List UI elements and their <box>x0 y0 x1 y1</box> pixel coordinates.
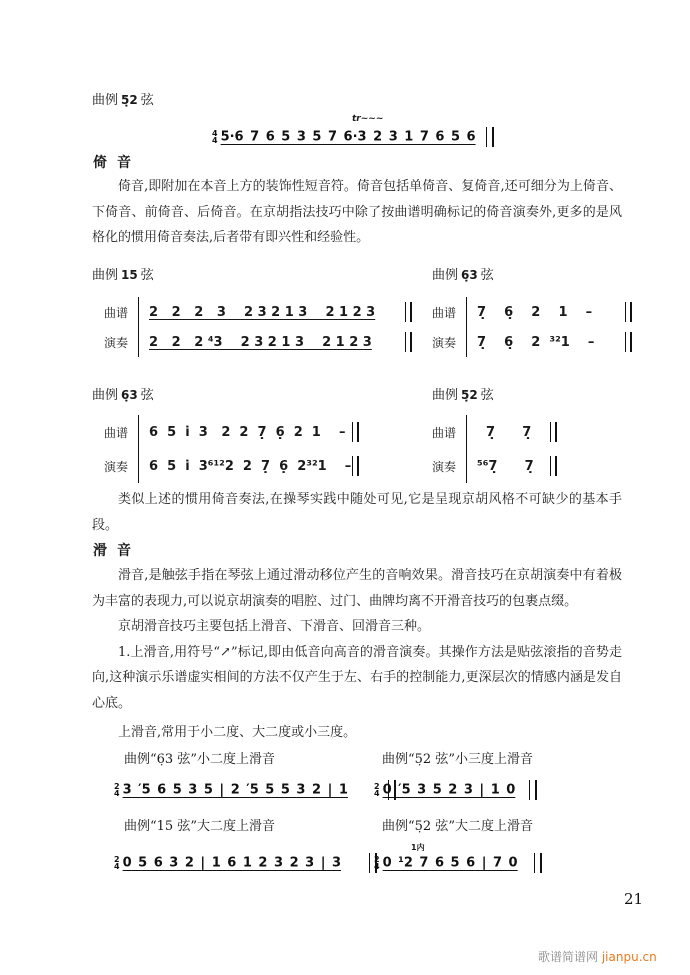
caption-prefix: 曲例 <box>432 388 458 403</box>
brace <box>466 415 467 449</box>
string-label: 15 <box>121 268 138 282</box>
row-notes: 2 2 2 3 2 3 2 1 3 2 1 2 3 <box>149 305 405 320</box>
trill-label: tr <box>352 114 361 124</box>
final-barline <box>550 422 557 442</box>
section-heading-glide: 滑音 <box>93 540 141 560</box>
appoggiatura-paragraph: 倚音,即附加在本音上方的装饰性短音符。倚音包括单倚音、复倚音,还可细分为上倚音、… <box>92 174 622 251</box>
trill-mark: tr~~~ <box>352 114 383 124</box>
row-notes: 7̣ 7̣ <box>477 425 550 440</box>
appoggiatura-summary: 类似上述的惯用倚音奏法,在操琴实践中随处可见,它是呈现京胡风格不可缺少的基本手段… <box>92 487 622 538</box>
page-number: 21 <box>624 890 643 908</box>
brace <box>138 449 139 483</box>
example-6-score: 243 ′5 6 5 3 5 | 2 ′5 5 5 3 2 | 1 <box>114 780 396 800</box>
example-1-score: 445·6 7 6 5 3 5 7 6·3 2 3 1 7 6 5 6 <box>212 127 494 147</box>
example-7-caption: 曲例“5̣2 弦”小三度上滑音 <box>382 748 533 767</box>
time-signature: 24 <box>114 783 120 797</box>
score-notes: 0 ¹2 7 6 5 6 | 7 0 <box>383 856 518 871</box>
paragraph-text: 滑音,是触弦手指在琴弦上通过滑动移位产生的音响效果。滑音技巧在京胡演奏中有着极为… <box>92 563 622 614</box>
example-4-staff: 曲谱 6 5 i̇ 3 2 2 7̣ 6̣ 2 1 – 演奏 6 5 i̇ 3⁶… <box>104 415 359 483</box>
example-9-caption: 曲例“5̣2 弦”大二度上滑音 <box>382 815 533 834</box>
string-label: 5̣2 <box>461 388 478 402</box>
final-barline <box>625 332 632 352</box>
example-9-score: 240 ¹2 7 6 5 6 | 7 0 <box>374 853 542 873</box>
caption-suffix: 弦 <box>141 388 154 403</box>
staff-row-score: 曲谱 6 5 i̇ 3 2 2 7̣ 6̣ 2 1 – <box>104 415 359 449</box>
row-label: 演奏 <box>104 334 138 351</box>
final-barline <box>534 853 542 873</box>
string-label: 6̣3 <box>121 388 138 402</box>
row-notes: 7̣ 6̣ 2 1 – <box>477 305 625 320</box>
watermark-cn: 歌谱简谱网 <box>538 950 598 964</box>
final-barline <box>486 127 494 147</box>
staff-row-score: 曲谱 2 2 2 3 2 3 2 1 3 2 1 2 3 <box>104 297 412 327</box>
example-3-staff: 曲谱 7̣ 6̣ 2 1 – 演奏 7̣ 6̣ 2 ³²1 – <box>432 297 632 357</box>
score-notes: 0 ′5 3 5 2 3 | 1 0 <box>383 783 516 798</box>
staff-row-performance: 演奏 ⁵⁶7̣ 7̣ <box>432 449 557 483</box>
time-sig-bottom: 4 <box>114 789 120 798</box>
final-barline <box>352 422 359 442</box>
score-notes: 3 ′5 6 5 3 5 | 2 ′5 5 5 3 2 | 1 <box>123 783 348 798</box>
paragraph-text: 倚音,即附加在本音上方的装饰性短音符。倚音包括单倚音、复倚音,还可细分为上倚音、… <box>92 174 622 251</box>
final-barline <box>352 456 359 476</box>
caption-prefix: 曲例 <box>432 268 458 283</box>
row-label: 曲谱 <box>432 304 466 321</box>
time-signature: 24 <box>374 783 380 797</box>
time-sig-bottom: 4 <box>114 862 120 871</box>
row-notes: 7̣ 6̣ 2 ³²1 – <box>477 335 625 350</box>
brace <box>466 449 467 483</box>
string-label: 5̣2 <box>121 93 138 107</box>
caption-prefix: 曲例 <box>92 93 118 108</box>
score-notes: 5·6 7 6 5 3 5 7 6·3 2 3 1 7 6 5 6 <box>221 130 476 145</box>
final-barline <box>550 456 557 476</box>
score-notes: 0 5 6 3 2 | 1 6 1 2 3 2 3 | 3 <box>123 856 341 871</box>
glide-paragraphs: 滑音,是触弦手指在琴弦上通过滑动移位产生的音响效果。滑音技巧在京胡演奏中有着极为… <box>92 563 622 746</box>
example-2-staff: 曲谱 2 2 2 3 2 3 2 1 3 2 1 2 3 演奏 2 2 2 ⁴3… <box>104 297 412 357</box>
caption-suffix: 弦 <box>481 388 494 403</box>
row-label: 曲谱 <box>104 424 138 441</box>
time-signature: 24 <box>374 856 380 870</box>
row-notes: 2 2 2 ⁴3 2 3 2 1 3 2 1 2 3 <box>149 335 405 350</box>
caption-suffix: 弦 <box>141 93 154 108</box>
paragraph-text: 1.上滑音,用符号“↗”标记,即由低音向高音的滑音演奏。其操作方法是贴弦滚指的音… <box>92 640 622 717</box>
paragraph-text: 京胡滑音技巧主要包括上滑音、下滑音、回滑音三种。 <box>92 614 622 640</box>
example-8-caption: 曲例“15 弦”大二度上滑音 <box>124 815 275 834</box>
final-barline <box>625 302 632 322</box>
watermark: 歌谱简谱网 jianpu.cn <box>538 948 657 965</box>
example-4-caption: 曲例6̣3弦 <box>92 384 154 403</box>
paragraph-text: 类似上述的惯用倚音奏法,在操琴实践中随处可见,它是呈现京胡风格不可缺少的基本手段… <box>92 487 622 538</box>
row-label: 演奏 <box>432 458 466 475</box>
row-label: 演奏 <box>104 458 138 475</box>
section-heading-appoggiatura: 倚音 <box>93 152 141 172</box>
final-barline <box>405 302 412 322</box>
example-5-staff: 曲谱 7̣ 7̣ 演奏 ⁵⁶7̣ 7̣ <box>432 415 557 483</box>
example-7-score: 240 ′5 3 5 2 3 | 1 0 <box>374 780 537 800</box>
brace <box>138 297 139 327</box>
time-signature: 44 <box>212 130 218 144</box>
staff-row-score: 曲谱 7̣ 7̣ <box>432 415 557 449</box>
time-sig-bottom: 4 <box>374 789 380 798</box>
time-sig-bottom: 4 <box>212 136 218 145</box>
staff-row-performance: 演奏 7̣ 6̣ 2 ³²1 – <box>432 327 632 357</box>
example-6-caption: 曲例“6̣3 弦”小二度上滑音 <box>124 748 275 767</box>
brace <box>138 415 139 449</box>
time-signature: 24 <box>114 856 120 870</box>
time-sig-bottom: 4 <box>374 862 380 871</box>
example-1-caption: 曲例5̣2弦 <box>92 89 154 108</box>
row-label: 演奏 <box>432 334 466 351</box>
brace <box>466 297 467 327</box>
staff-row-performance: 演奏 2 2 2 ⁴3 2 3 2 1 3 2 1 2 3 <box>104 327 412 357</box>
caption-prefix: 曲例 <box>92 268 118 283</box>
staff-row-score: 曲谱 7̣ 6̣ 2 1 – <box>432 297 632 327</box>
caption-suffix: 弦 <box>481 268 494 283</box>
caption-prefix: 曲例 <box>92 388 118 403</box>
brace <box>466 327 467 357</box>
row-label: 曲谱 <box>104 304 138 321</box>
string-label: 6̣3 <box>461 268 478 282</box>
example-3-caption: 曲例6̣3弦 <box>432 264 494 283</box>
grace-annotation: 1内 <box>411 842 425 853</box>
example-8-score: 240 5 6 3 2 | 1 6 1 2 3 2 3 | 3 <box>114 853 377 873</box>
brace <box>138 327 139 357</box>
row-notes: 6 5 i̇ 3 2 2 7̣ 6̣ 2 1 – <box>149 425 352 440</box>
final-barline <box>529 780 537 800</box>
row-notes: 6 5 i̇ 3⁶¹²2 2 7̣ 6̣ 2³²1 – <box>149 459 352 474</box>
caption-suffix: 弦 <box>141 268 154 283</box>
watermark-url[interactable]: jianpu.cn <box>602 950 657 964</box>
final-barline <box>405 332 412 352</box>
row-notes: ⁵⁶7̣ 7̣ <box>477 459 550 474</box>
row-label: 曲谱 <box>432 424 466 441</box>
paragraph-text: 上滑音,常用于小二度、大二度或小三度。 <box>92 720 622 746</box>
example-2-caption: 曲例15弦 <box>92 264 154 283</box>
example-5-caption: 曲例5̣2弦 <box>432 384 494 403</box>
staff-row-performance: 演奏 6 5 i̇ 3⁶¹²2 2 7̣ 6̣ 2³²1 – <box>104 449 359 483</box>
